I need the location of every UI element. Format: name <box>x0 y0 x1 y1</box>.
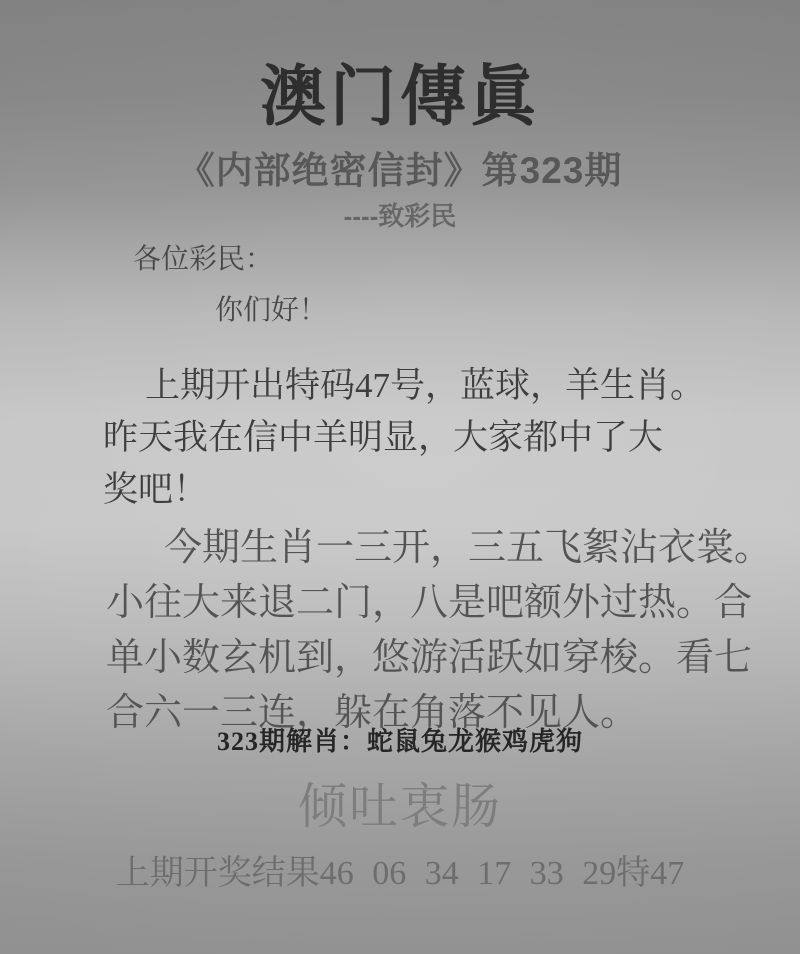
page-title: 澳门傳眞 <box>0 60 800 133</box>
current-tip-paragraph: 今期生肖一三开，三五飞絮沾衣裳。 小往大来退二门，八是吧额外过热。合 单小数玄机… <box>106 521 790 741</box>
greeting-line: 你们好！ <box>215 294 327 326</box>
previous-draw-paragraph: 上期开出特码47号，蓝球，羊生肖。 昨天我在信中羊明显，大家都中了大 奖吧！ <box>103 360 783 516</box>
fax-document-sheet: 澳门傳眞 《内部绝密信封》第323期 ----致彩民 各位彩民： 你们好！ 上期… <box>0 0 800 954</box>
dedication-line: ----致彩民 <box>0 202 800 232</box>
salutation-line: 各位彩民： <box>133 243 273 275</box>
zodiac-answer-line: 323期解肖：蛇鼠兔龙猴鸡虎狗 <box>0 727 800 757</box>
slogan-text: 倾吐衷肠 <box>0 779 800 835</box>
results-line: 上期开奖结果46 06 34 17 33 29特47 <box>0 854 800 893</box>
issue-subtitle: 《内部绝密信封》第323期 <box>0 150 800 193</box>
